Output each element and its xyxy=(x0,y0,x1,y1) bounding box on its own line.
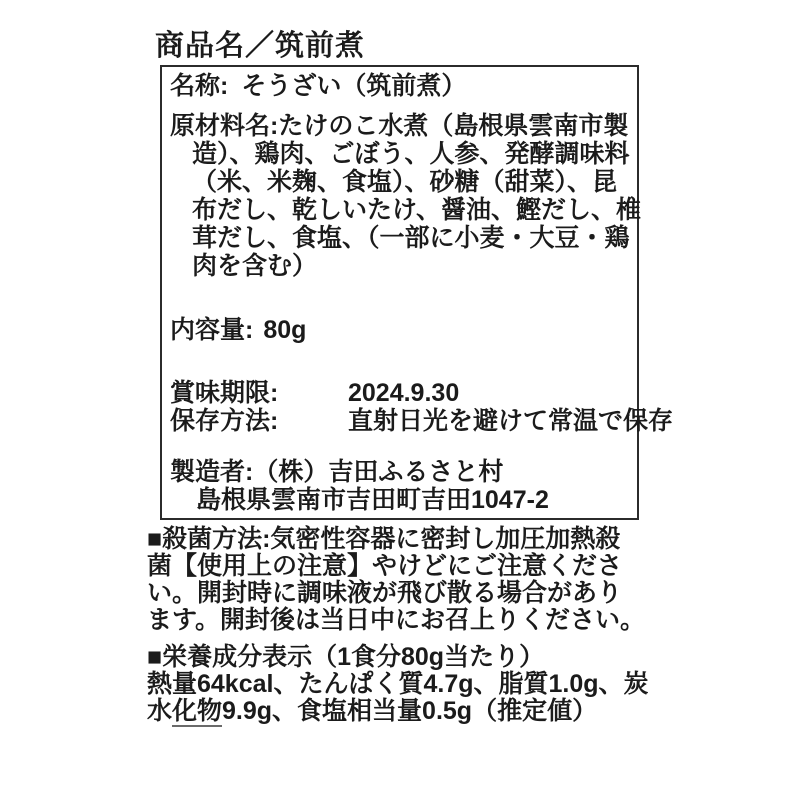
best-before-value: 2024.9.30 xyxy=(348,379,459,407)
product-label-sheet: 商品名／筑前煮 名称:そうざい（筑前煮） 原材料名:たけのこ水煮（島根県雲南市製… xyxy=(145,30,675,725)
spec-table: 名称:そうざい（筑前煮） 原材料名:たけのこ水煮（島根県雲南市製 造）、鶏肉、ご… xyxy=(160,65,639,520)
manufacturer-address: 島根県雲南市吉田町吉田1047-2 xyxy=(170,486,631,514)
net-content-label: 内容量: xyxy=(170,316,253,344)
ingredient-line: 原材料名:たけのこ水煮（島根県雲南市製 xyxy=(170,112,631,140)
manufacturer-label: 製造者: xyxy=(170,458,253,486)
best-before-label: 賞味期限: xyxy=(170,379,348,407)
sterilization-line: 菌【使用上の注意】やけどにご注意くださ xyxy=(147,553,675,580)
nutrition-block: ■栄養成分表示（1食分80g当たり） 熱量64kcal、たんぱく質4.7g、脂質… xyxy=(147,644,675,725)
best-before-row: 賞味期限:2024.9.30 xyxy=(170,379,631,407)
ingredient-line: 造）、鶏肉、ごぼう、人参、発酵調味料 xyxy=(170,140,631,168)
nutrition-line: 熱量64kcal、たんぱく質4.7g、脂質1.0g、炭 xyxy=(147,671,675,698)
ingredients-block: 原材料名:たけのこ水煮（島根県雲南市製 造）、鶏肉、ごぼう、人参、発酵調味料 （… xyxy=(170,112,631,280)
name-value: そうざい（筑前煮） xyxy=(241,72,466,100)
ingredient-line: 茸だし、食塩、（一部に小麦・大豆・鶏 xyxy=(170,224,631,252)
ingredient-line: （米、米麹、食塩）、砂糖（甜菜）、昆 xyxy=(170,168,631,196)
manufacturer-row: 製造者:（株）吉田ふるさと村 xyxy=(170,458,631,486)
nutrition-heading: ■栄養成分表示（1食分80g当たり） xyxy=(147,644,675,671)
ingredient-line: 肉を含む） xyxy=(170,252,631,280)
nutrition-underlined-text: 化物 xyxy=(172,697,222,727)
name-row: 名称:そうざい（筑前煮） xyxy=(170,72,631,100)
nutrition-line-rest: 9.9g、食塩相当量0.5g（推定値） xyxy=(222,697,597,725)
net-content-row: 内容量:80g xyxy=(170,316,631,344)
sterilization-line: ます。開封後は当日中にお召上りください。 xyxy=(147,607,675,634)
ingredient-line: 布だし、乾しいたけ、醤油、鰹だし、椎 xyxy=(170,196,631,224)
sterilization-line: い。開封時に調味液が飛び散る場合があり xyxy=(147,580,675,607)
name-label: 名称: xyxy=(170,72,228,100)
nutrition-line: 水化物9.9g、食塩相当量0.5g（推定値） xyxy=(147,698,675,725)
nutrition-line-start: 水 xyxy=(147,697,172,725)
sterilization-line: ■殺菌方法:気密性容器に密封し加圧加熱殺 xyxy=(147,526,675,553)
storage-label: 保存方法: xyxy=(170,407,348,435)
product-title: 商品名／筑前煮 xyxy=(155,30,675,63)
manufacturer-name: （株）吉田ふるさと村 xyxy=(253,458,503,486)
storage-row: 保存方法:直射日光を避けて常温で保存 xyxy=(170,407,631,435)
net-content-value: 80g xyxy=(263,316,306,344)
storage-value: 直射日光を避けて常温で保存 xyxy=(348,407,673,435)
sterilization-note: ■殺菌方法:気密性容器に密封し加圧加熱殺 菌【使用上の注意】やけどにご注意くださ… xyxy=(147,526,675,634)
